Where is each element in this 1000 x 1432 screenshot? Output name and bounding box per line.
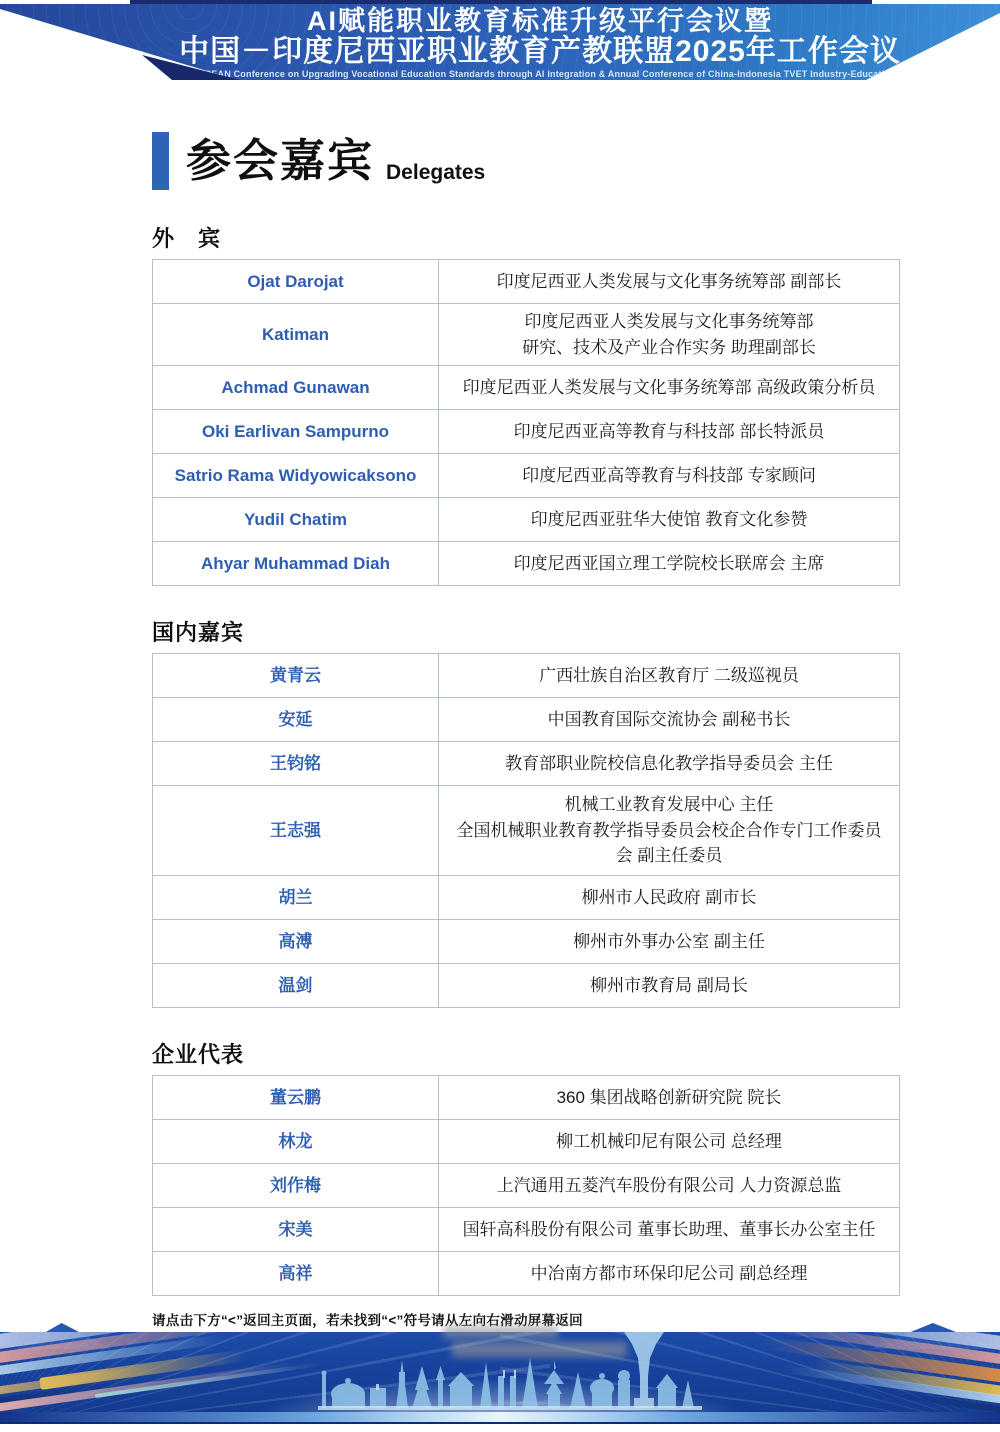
delegate-name-cell: 高溥 — [153, 920, 439, 964]
city-skyline-graphic — [318, 1332, 702, 1414]
table-row: 董云鹏 360 集团战略创新研究院 院长 — [153, 1076, 900, 1120]
delegate-name-cell: 胡兰 — [153, 876, 439, 920]
table-row: Ahyar Muhammad Diah 印度尼西亚国立理工学院校长联席会 主席 — [153, 542, 900, 586]
table-row: 宋美 国轩高科股份有限公司 董事长助理、董事长办公室主任 — [153, 1208, 900, 1252]
banner-top-edge — [130, 0, 872, 4]
domestic-guests-table: 黄青云 广西壮族自治区教育厅 二级巡视员 安延 中国教育国际交流协会 副秘书长 … — [152, 653, 900, 1008]
delegate-name-cell: Ahyar Muhammad Diah — [153, 542, 439, 586]
delegate-name-cell: 黄青云 — [153, 654, 439, 698]
banner-text-block: AI赋能职业教育标准升级平行会议暨 中国－印度尼西亚职业教育产教联盟2025年工… — [110, 0, 970, 79]
delegate-title-cell: 柳州市教育局 副局长 — [439, 964, 900, 1008]
delegate-name-cell: 刘作梅 — [153, 1164, 439, 1208]
table-row: Yudil Chatim 印度尼西亚驻华大使馆 教育文化参赞 — [153, 498, 900, 542]
delegate-title-cell: 国轩高科股份有限公司 董事长助理、董事长办公室主任 — [439, 1208, 900, 1252]
delegate-title-cell: 柳工机械印尼有限公司 总经理 — [439, 1120, 900, 1164]
delegate-title-cell: 印度尼西亚人类发展与文化事务统筹部 高级政策分析员 — [439, 366, 900, 410]
delegate-name-cell: 安延 — [153, 698, 439, 742]
conference-header-banner: AI赋能职业教育标准升级平行会议暨 中国－印度尼西亚职业教育产教联盟2025年工… — [0, 0, 1000, 80]
conference-title-line1: AI赋能职业教育标准升级平行会议暨 — [110, 7, 970, 35]
table-row: 胡兰 柳州市人民政府 副市长 — [153, 876, 900, 920]
section-heading-foreign-guests: 外 宾 — [152, 225, 900, 252]
delegate-name-cell: 宋美 — [153, 1208, 439, 1252]
section-heading-domestic-guests: 国内嘉宾 — [152, 619, 900, 646]
delegate-title-cell: 广西壮族自治区教育厅 二级巡视员 — [439, 654, 900, 698]
table-row: 安延 中国教育国际交流协会 副秘书长 — [153, 698, 900, 742]
section-heading-enterprise-reps: 企业代表 — [152, 1041, 900, 1068]
table-row: 黄青云 广西壮族自治区教育厅 二级巡视员 — [153, 654, 900, 698]
page: { "header": { "title_line1": "AI赋能职业教育标准… — [0, 0, 1000, 1432]
page-title-english: Delegates — [386, 161, 485, 185]
table-row: 高祥 中冶南方都市环保印尼公司 副总经理 — [153, 1252, 900, 1296]
delegate-name-cell: 高祥 — [153, 1252, 439, 1296]
delegate-title-cell: 中冶南方都市环保印尼公司 副总经理 — [439, 1252, 900, 1296]
title-accent-bar — [152, 132, 169, 190]
delegate-name-cell: 温剑 — [153, 964, 439, 1008]
footer-decorative-band — [0, 1332, 1000, 1424]
foreign-guests-table: Ojat Darojat 印度尼西亚人类发展与文化事务统筹部 副部长 Katim… — [152, 259, 900, 586]
delegate-name-cell: Ojat Darojat — [153, 260, 439, 304]
delegate-title-cell: 机械工业教育发展中心 主任 全国机械职业教育教学指导委员会校企合作专门工作委员会… — [439, 786, 900, 876]
delegate-title-cell: 印度尼西亚国立理工学院校长联席会 主席 — [439, 542, 900, 586]
delegate-name-cell: 林龙 — [153, 1120, 439, 1164]
enterprise-reps-table: 董云鹏 360 集团战略创新研究院 院长 林龙 柳工机械印尼有限公司 总经理 刘… — [152, 1075, 900, 1296]
table-row: Oki Earlivan Sampurno 印度尼西亚高等教育与科技部 部长特派… — [153, 410, 900, 454]
delegate-name-cell: 董云鹏 — [153, 1076, 439, 1120]
table-row: 刘作梅 上汽通用五菱汽车股份有限公司 人力资源总监 — [153, 1164, 900, 1208]
table-row: 王志强 机械工业教育发展中心 主任 全国机械职业教育教学指导委员会校企合作专门工… — [153, 786, 900, 876]
delegate-name-cell: Satrio Rama Widyowicaksono — [153, 454, 439, 498]
delegate-title-cell: 印度尼西亚人类发展与文化事务统筹部 副部长 — [439, 260, 900, 304]
table-row: 王钧铭 教育部职业院校信息化教学指导委员会 主任 — [153, 742, 900, 786]
delegate-name-cell: 王志强 — [153, 786, 439, 876]
table-row: 林龙 柳工机械印尼有限公司 总经理 — [153, 1120, 900, 1164]
delegate-title-cell: 360 集团战略创新研究院 院长 — [439, 1076, 900, 1120]
delegate-title-cell: 印度尼西亚人类发展与文化事务统筹部 研究、技术及产业合作实务 助理副部长 — [439, 304, 900, 366]
table-row: Satrio Rama Widyowicaksono 印度尼西亚高等教育与科技部… — [153, 454, 900, 498]
delegate-title-cell: 柳州市人民政府 副市长 — [439, 876, 900, 920]
band-baseline-highlight — [0, 1412, 1000, 1422]
table-row: 温剑 柳州市教育局 副局长 — [153, 964, 900, 1008]
table-row: 高溥 柳州市外事办公室 副主任 — [153, 920, 900, 964]
delegate-name-cell: Achmad Gunawan — [153, 366, 439, 410]
delegate-name-cell: Katiman — [153, 304, 439, 366]
delegate-title-cell: 柳州市外事办公室 副主任 — [439, 920, 900, 964]
conference-title-line2: 中国－印度尼西亚职业教育产教联盟2025年工作会议 — [110, 37, 970, 67]
page-title: 参会嘉宾 — [186, 132, 374, 190]
delegate-title-cell: 印度尼西亚高等教育与科技部 部长特派员 — [439, 410, 900, 454]
main-content: 参会嘉宾 Delegates 外 宾 Ojat Darojat 印度尼西亚人类发… — [152, 130, 900, 1329]
band-art-layer — [0, 1332, 1000, 1422]
delegate-title-cell: 上汽通用五菱汽车股份有限公司 人力资源总监 — [439, 1164, 900, 1208]
delegate-title-cell: 中国教育国际交流协会 副秘书长 — [439, 698, 900, 742]
delegate-title-cell: 印度尼西亚驻华大使馆 教育文化参赞 — [439, 498, 900, 542]
delegate-title-cell: 教育部职业院校信息化教学指导委员会 主任 — [439, 742, 900, 786]
table-row: Katiman 印度尼西亚人类发展与文化事务统筹部 研究、技术及产业合作实务 助… — [153, 304, 900, 366]
delegate-name-cell: Oki Earlivan Sampurno — [153, 410, 439, 454]
delegate-title-cell: 印度尼西亚高等教育与科技部 专家顾问 — [439, 454, 900, 498]
delegate-name-cell: Yudil Chatim — [153, 498, 439, 542]
table-row: Ojat Darojat 印度尼西亚人类发展与文化事务统筹部 副部长 — [153, 260, 900, 304]
table-row: Achmad Gunawan 印度尼西亚人类发展与文化事务统筹部 高级政策分析员 — [153, 366, 900, 410]
conference-subtitle-english: 2025 China-ASEAN Conference on Upgrading… — [110, 69, 970, 79]
page-title-block: 参会嘉宾 Delegates — [152, 130, 900, 192]
delegate-name-cell: 王钧铭 — [153, 742, 439, 786]
